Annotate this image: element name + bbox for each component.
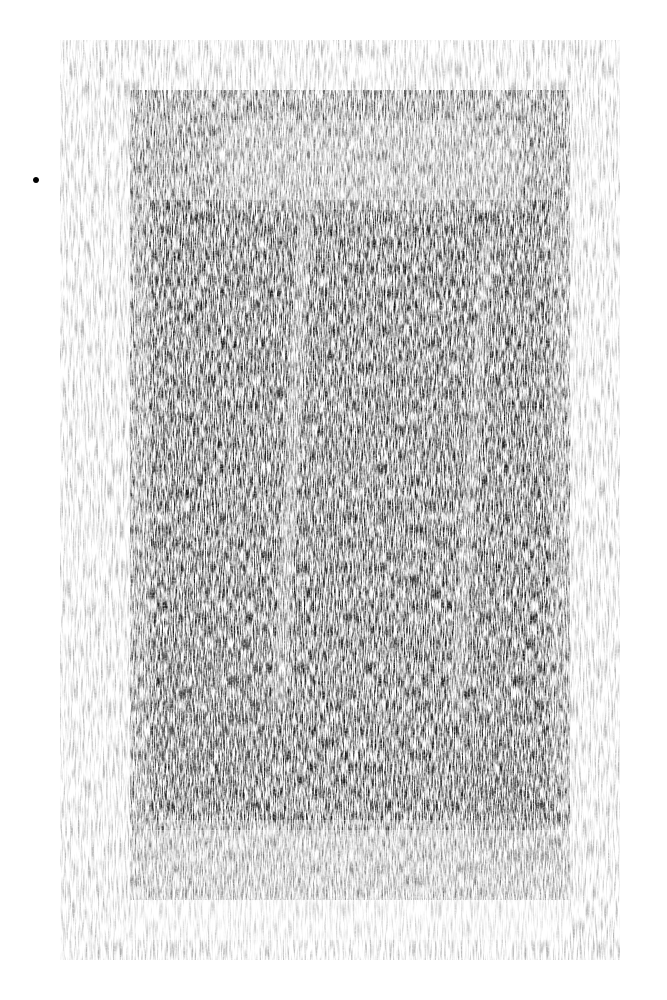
speck-dot [33,177,39,183]
grunge-texture [0,0,667,1000]
grunge-texture-canvas [0,0,667,1000]
